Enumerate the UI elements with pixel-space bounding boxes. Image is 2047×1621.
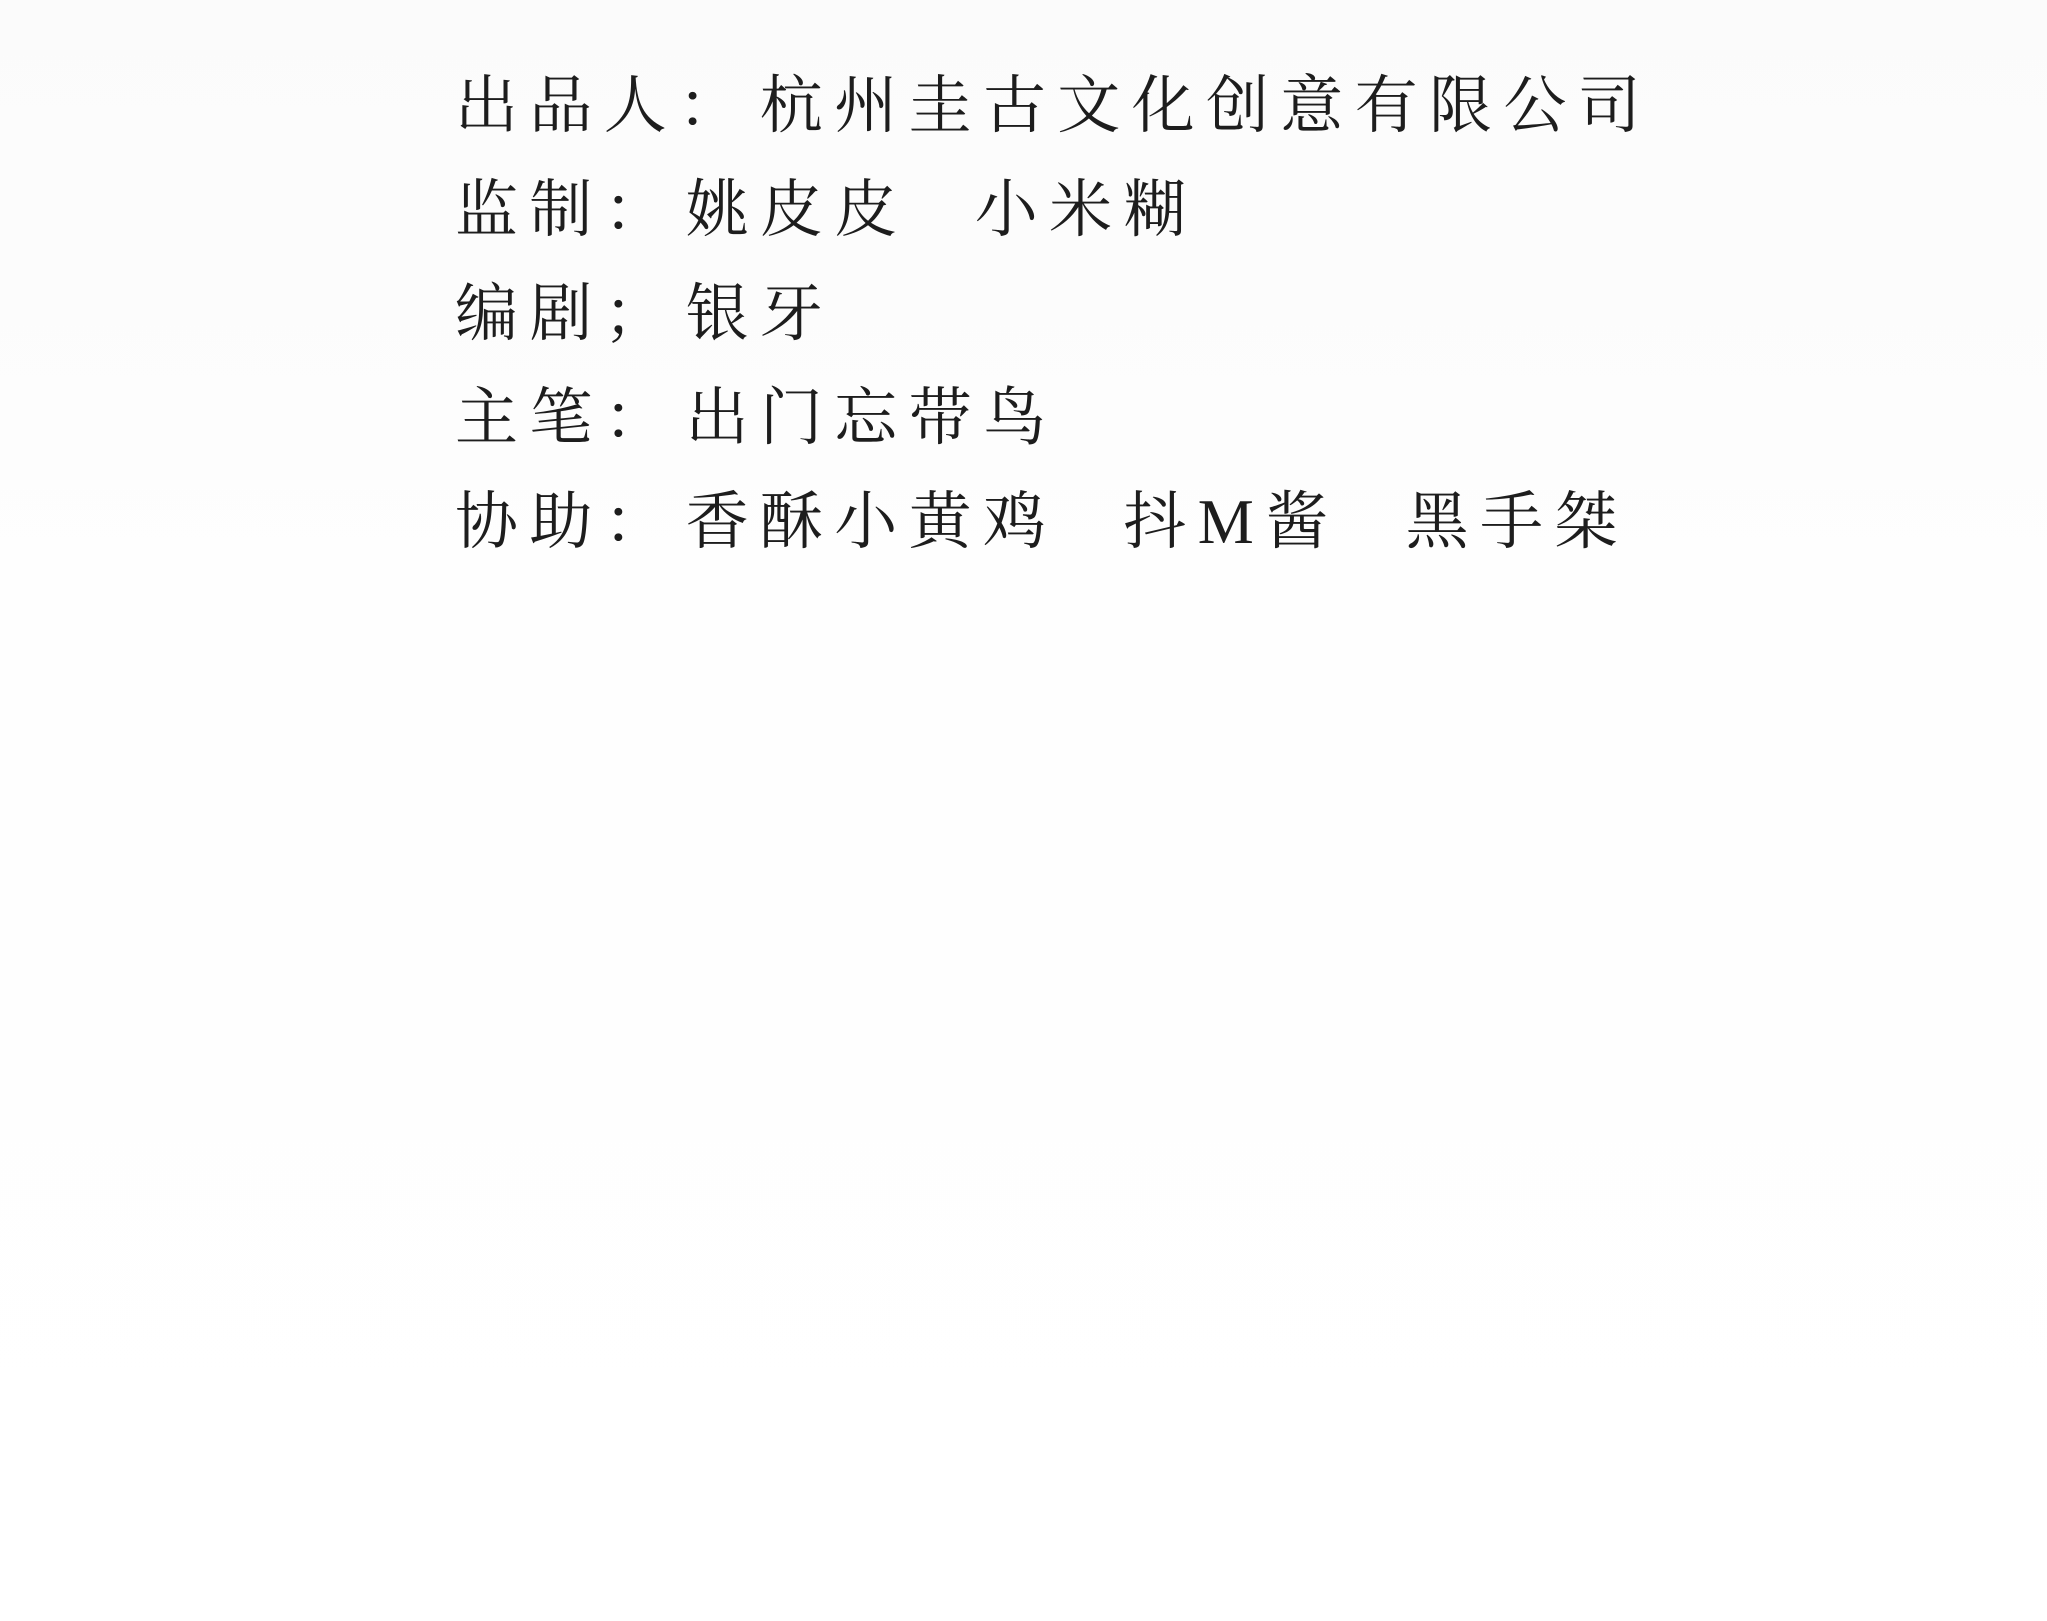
- credit-separator: ；: [604, 263, 678, 354]
- credit-name: 杭州圭古文化创意有限公司: [760, 55, 1652, 146]
- credit-name: 出门忘带鸟: [686, 367, 1058, 458]
- credit-separator: ：: [678, 55, 752, 146]
- credit-name: 香酥小黄鸡: [686, 471, 1058, 562]
- credit-separator: ：: [604, 471, 678, 562]
- credit-line-screenwriter: 编剧；银牙: [455, 256, 1987, 360]
- credit-role-label: 编剧: [455, 263, 604, 354]
- credit-role-label: 协助: [455, 471, 604, 562]
- credit-separator: ：: [604, 159, 678, 250]
- credit-line-lead-artist: 主笔：出门忘带鸟: [455, 360, 1987, 464]
- credits-block: 出品人：杭州圭古文化创意有限公司 监制：姚皮皮小米糊 编剧；银牙 主笔：出门忘带…: [455, 48, 1987, 568]
- credit-line-assistants: 协助：香酥小黄鸡抖M酱黑手桀: [455, 464, 1987, 568]
- credit-separator: ：: [604, 367, 678, 458]
- credit-name: 小米糊: [975, 159, 1198, 250]
- credit-name: 银牙: [686, 263, 835, 354]
- credit-role-label: 监制: [455, 159, 604, 250]
- credits-page: 出品人：杭州圭古文化创意有限公司 监制：姚皮皮小米糊 编剧；银牙 主笔：出门忘带…: [0, 0, 2047, 1621]
- credit-line-supervisor: 监制：姚皮皮小米糊: [455, 152, 1987, 256]
- credit-line-producer: 出品人：杭州圭古文化创意有限公司: [455, 48, 1987, 152]
- credit-name: 抖M酱: [1123, 471, 1339, 562]
- credit-name: 姚皮皮: [686, 159, 909, 250]
- credit-role-label: 出品人: [455, 55, 678, 146]
- credit-name: 黑手桀: [1406, 471, 1629, 562]
- credit-role-label: 主笔: [455, 367, 604, 458]
